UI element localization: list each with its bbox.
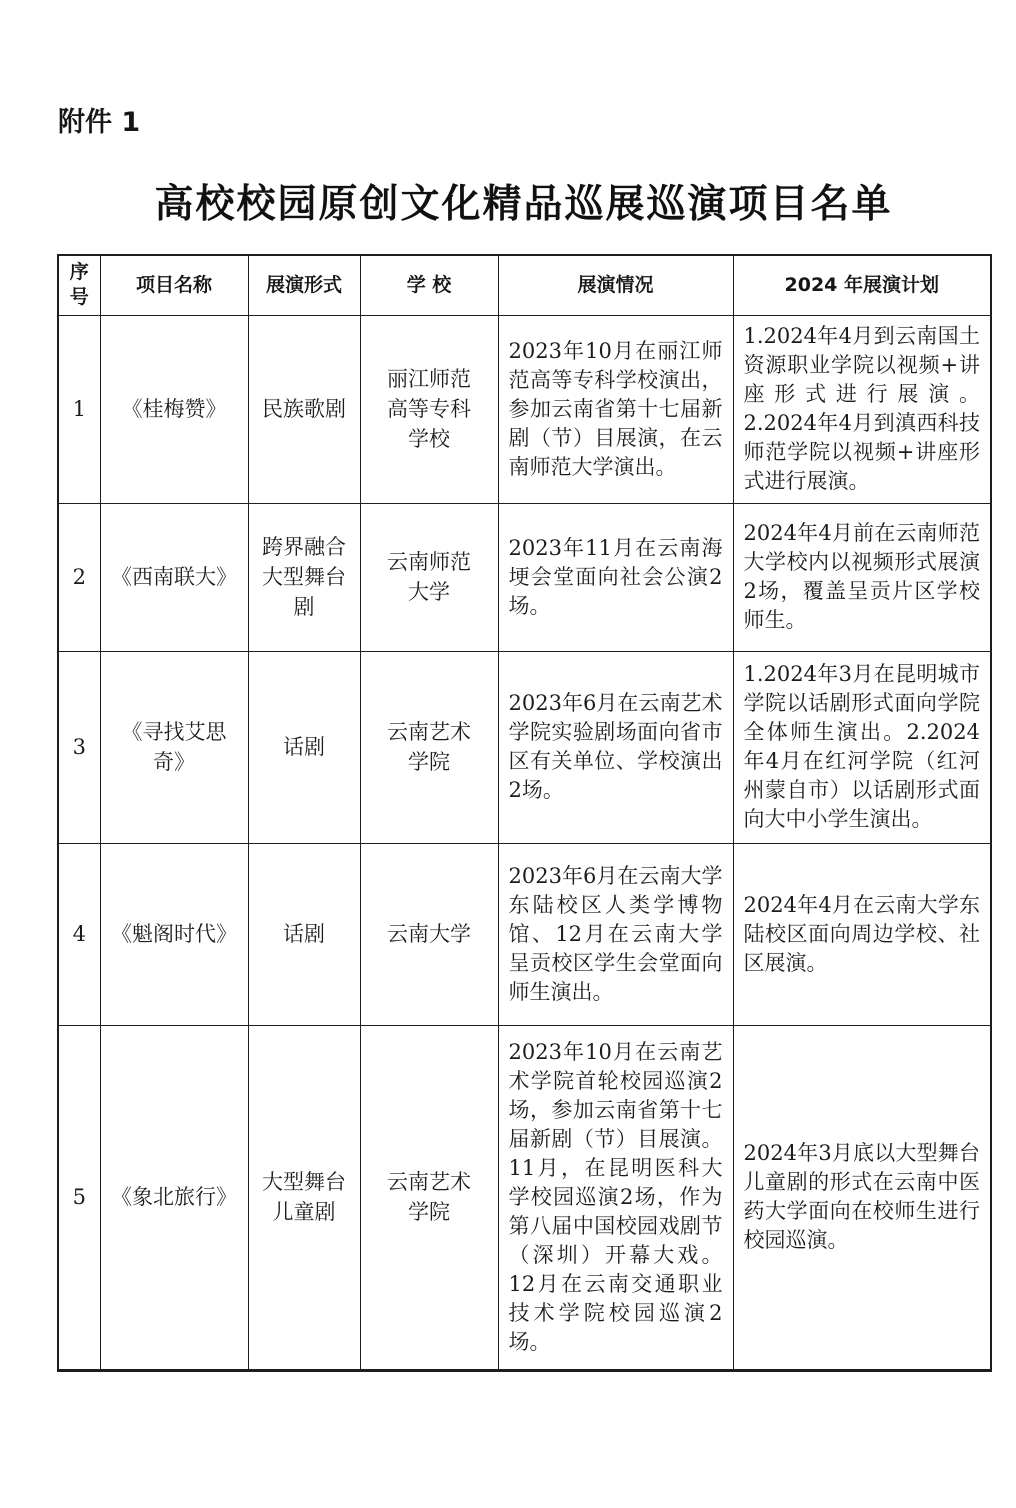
cell-project-name: 《桂梅赞》 bbox=[100, 315, 248, 503]
cell-2024-plan: 1.2024年4月到云南国土资源职业学院以视频+讲座形式进行展演。2.2024年… bbox=[733, 315, 991, 503]
projects-table: 序号 项目名称 展演形式 学 校 展演情况 2024 年展演计划 1 《桂梅赞》… bbox=[57, 254, 992, 1372]
cell-index: 5 bbox=[58, 1025, 100, 1370]
cell-index: 4 bbox=[58, 843, 100, 1025]
table-row: 1 《桂梅赞》 民族歌剧 丽江师范高等专科学校 2023年10月在丽江师范高等专… bbox=[58, 315, 991, 503]
col-header-2024-plan: 2024 年展演计划 bbox=[733, 255, 991, 315]
cell-performance-status: 2023年11月在云南海埂会堂面向社会公演2场。 bbox=[498, 503, 733, 651]
cell-performance-status: 2023年6月在云南艺术学院实验剧场面向省市区有关单位、学校演出2场。 bbox=[498, 651, 733, 843]
cell-index: 3 bbox=[58, 651, 100, 843]
attachment-label: 附件 1 bbox=[58, 0, 1016, 140]
table-row: 2 《西南联大》 跨界融合大型舞台剧 云南师范大学 2023年11月在云南海埂会… bbox=[58, 503, 991, 651]
col-header-performance-form: 展演形式 bbox=[248, 255, 360, 315]
col-header-project-name: 项目名称 bbox=[100, 255, 248, 315]
cell-school: 丽江师范高等专科学校 bbox=[360, 315, 498, 503]
cell-project-name: 《象北旅行》 bbox=[100, 1025, 248, 1370]
table-row: 3 《寻找艾思奇》 话剧 云南艺术学院 2023年6月在云南艺术学院实验剧场面向… bbox=[58, 651, 991, 843]
cell-2024-plan: 2024年4月在云南大学东陆校区面向周边学校、社区展演。 bbox=[733, 843, 991, 1025]
cell-performance-status: 2023年10月在云南艺术学院首轮校园巡演2场，参加云南省第十七届新剧（节）目展… bbox=[498, 1025, 733, 1370]
cell-school: 云南大学 bbox=[360, 843, 498, 1025]
document-page: 附件 1 高校校园原创文化精品巡展巡演项目名单 序号 项目名称 展演形式 学 校… bbox=[0, 0, 1016, 1508]
table-header-row: 序号 项目名称 展演形式 学 校 展演情况 2024 年展演计划 bbox=[58, 255, 991, 315]
cell-school: 云南师范大学 bbox=[360, 503, 498, 651]
cell-performance-form: 话剧 bbox=[248, 843, 360, 1025]
cell-performance-form: 民族歌剧 bbox=[248, 315, 360, 503]
cell-performance-form: 跨界融合大型舞台剧 bbox=[248, 503, 360, 651]
cell-performance-status: 2023年10月在丽江师范高等专科学校演出，参加云南省第十七届新剧（节）目展演，… bbox=[498, 315, 733, 503]
cell-2024-plan: 2024年3月底以大型舞台儿童剧的形式在云南中医药大学面向在校师生进行校园巡演。 bbox=[733, 1025, 991, 1370]
cell-performance-form: 话剧 bbox=[248, 651, 360, 843]
cell-school: 云南艺术学院 bbox=[360, 651, 498, 843]
col-header-school: 学 校 bbox=[360, 255, 498, 315]
cell-performance-form: 大型舞台儿童剧 bbox=[248, 1025, 360, 1370]
cell-index: 1 bbox=[58, 315, 100, 503]
col-header-performance-status: 展演情况 bbox=[498, 255, 733, 315]
page-title: 高校校园原创文化精品巡展巡演项目名单 bbox=[57, 180, 990, 228]
cell-project-name: 《魁阁时代》 bbox=[100, 843, 248, 1025]
cell-2024-plan: 2024年4月前在云南师范大学校内以视频形式展演2场，覆盖呈贡片区学校师生。 bbox=[733, 503, 991, 651]
cell-project-name: 《寻找艾思奇》 bbox=[100, 651, 248, 843]
cell-2024-plan: 1.2024年3月在昆明城市学院以话剧形式面向学院全体师生演出。2.2024年4… bbox=[733, 651, 991, 843]
cell-project-name: 《西南联大》 bbox=[100, 503, 248, 651]
col-header-index: 序号 bbox=[58, 255, 100, 315]
table-row: 5 《象北旅行》 大型舞台儿童剧 云南艺术学院 2023年10月在云南艺术学院首… bbox=[58, 1025, 991, 1370]
cell-index: 2 bbox=[58, 503, 100, 651]
cell-school: 云南艺术学院 bbox=[360, 1025, 498, 1370]
table-row: 4 《魁阁时代》 话剧 云南大学 2023年6月在云南大学东陆校区人类学博物馆、… bbox=[58, 843, 991, 1025]
cell-performance-status: 2023年6月在云南大学东陆校区人类学博物馆、12月在云南大学呈贡校区学生会堂面… bbox=[498, 843, 733, 1025]
